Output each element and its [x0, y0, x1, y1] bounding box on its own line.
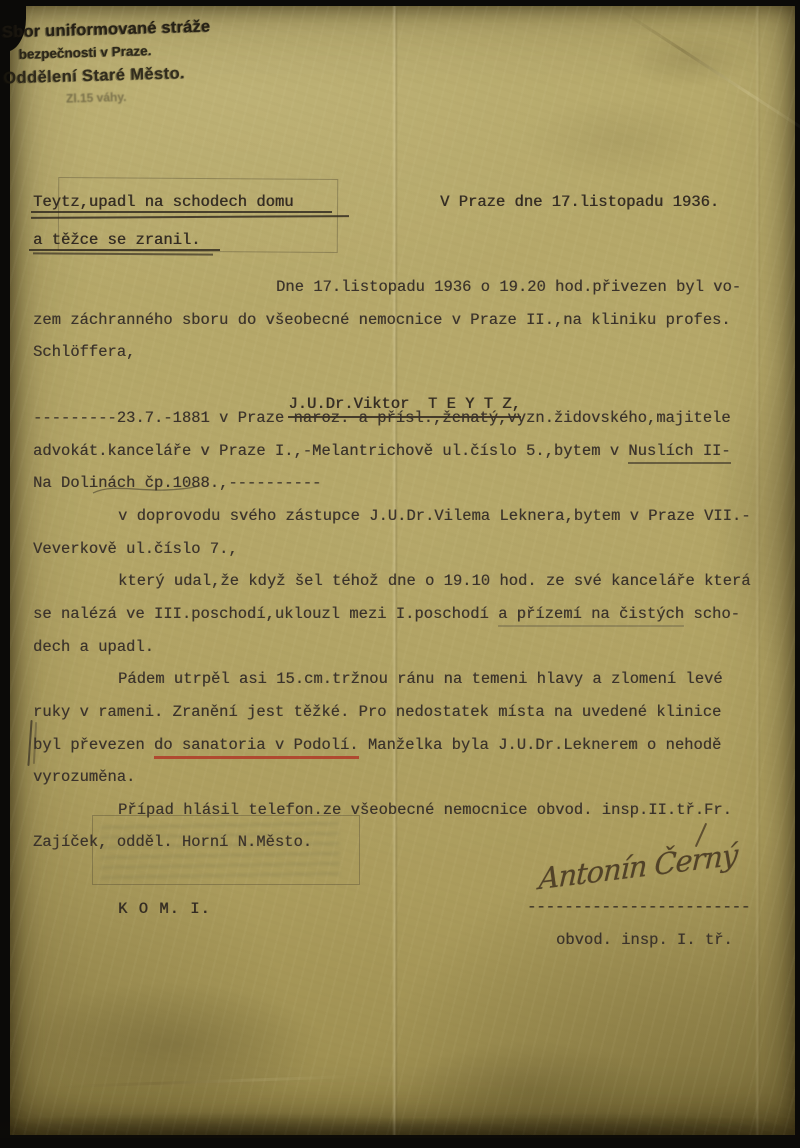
subject-underline-2a: [29, 249, 220, 251]
stamp-line-2: bezpečnosti v Praze.: [3, 41, 243, 63]
line-segment: scho-: [684, 605, 740, 623]
pencil-squiggle: [90, 481, 205, 499]
typed-line: Případ hlásil telefon.ze všeobecné nemoc…: [33, 800, 732, 820]
typed-line: který udal,že když šel téhož dne o 19.10…: [33, 571, 751, 591]
typed-line: v doprovodu svého zástupce J.U.Dr.Vilema…: [33, 506, 751, 526]
typed-line: ---------23.7.-1881 v Praze naroz. a pří…: [33, 408, 731, 428]
pencil-underlined-text: a přízemí na čistých: [498, 605, 684, 627]
stamp-line-3: Oddělení Staré Město.: [3, 63, 243, 89]
subject-line-2: a těžce se zranil.: [33, 230, 200, 250]
red-underlined-text: do sanatoria v Podolí.: [154, 736, 359, 759]
typed-line: Zajíček, odděl. Horní N.Město.: [33, 832, 312, 852]
scanned-document: Sbor uniformované stráže bezpečnosti v P…: [0, 0, 800, 1148]
kom-label: K O M. I.: [118, 899, 211, 919]
subject-underline-1a: [31, 211, 332, 213]
typed-line: Dne 17.listopadu 1936 o 19.20 hod.přivez…: [33, 277, 741, 297]
typed-line: dech a upadl.: [33, 637, 154, 657]
typed-line: advokát.kanceláře v Praze I.,-Melantrich…: [33, 441, 731, 461]
subject-line-1: Teytz,upadl na schodech domu: [33, 192, 293, 212]
signature-dashed-line: ------------------------: [527, 897, 750, 917]
line-segment: byl převezen: [33, 736, 154, 754]
typed-line: zem záchranného sboru do všeobecné nemoc…: [33, 310, 731, 330]
underlined-address: Nuslích II-: [628, 442, 730, 464]
police-department-stamp: Sbor uniformované stráže bezpečnosti v P…: [2, 17, 244, 108]
line-segment: Manželka byla J.U.Dr.Leknerem o nehodě: [359, 736, 722, 754]
typed-line: Pádem utrpěl asi 15.cm.tržnou ránu na te…: [33, 669, 723, 689]
typed-line: se nalézá ve III.poschodí,uklouzl mezi I…: [33, 604, 740, 624]
line-segment: advokát.kanceláře v Praze I.,-Melantrich…: [33, 442, 628, 460]
signer-title: obvod. insp. I. tř.: [556, 930, 733, 950]
typed-line: Veverkově ul.číslo 7.,: [33, 539, 238, 559]
typed-line: ruky v rameni. Zranění jest těžké. Pro n…: [33, 702, 721, 722]
typed-line: vyrozuměna.: [33, 767, 135, 787]
line-segment: se nalézá ve III.poschodí,uklouzl mezi I…: [33, 605, 498, 623]
typed-line: byl převezen do sanatoria v Podolí. Manž…: [33, 735, 721, 755]
dateline: V Praze dne 17.listopadu 1936.: [440, 192, 719, 212]
typed-line: Schlöffera,: [33, 342, 135, 362]
